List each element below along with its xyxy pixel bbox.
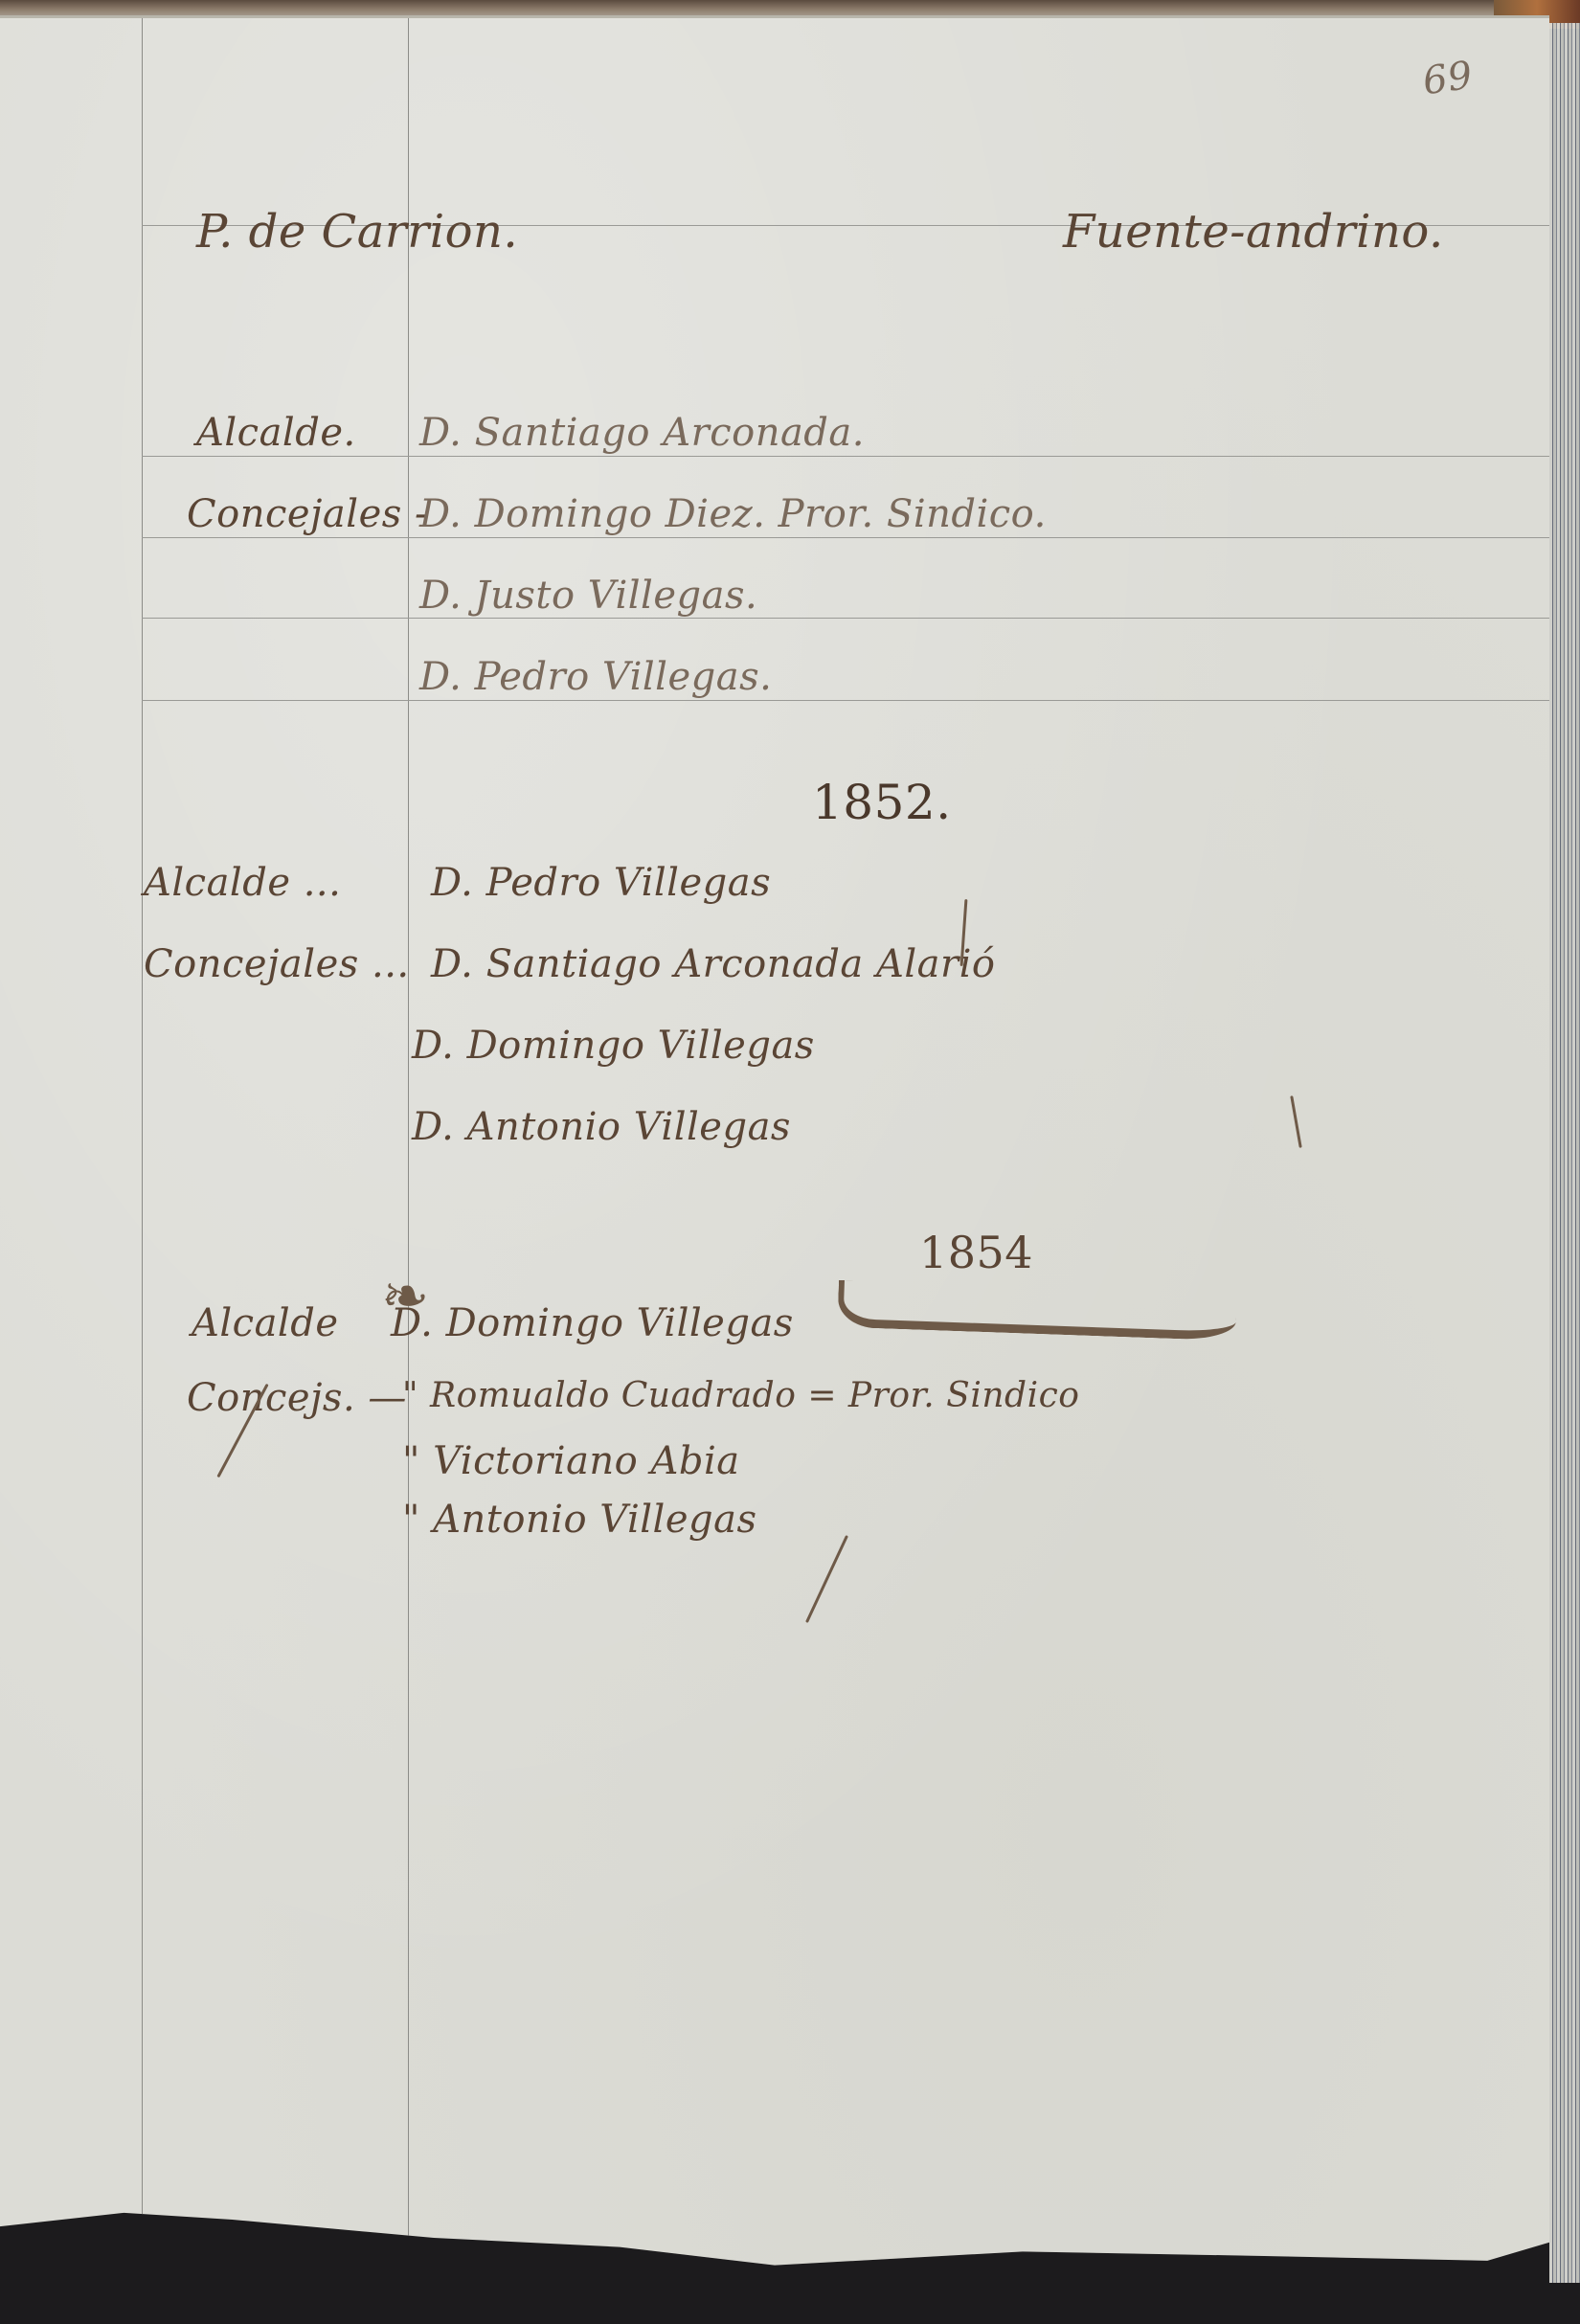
page-number: 69 [1420,54,1476,104]
year-underline-flourish [837,1280,1236,1341]
entry-name: " Antonio Villegas [402,1498,756,1542]
entry-label: Concejales ... [144,942,410,986]
register-page: 69 P. de Carrion. Fuente-andrino. Alcald… [0,15,1549,2297]
entry-label: Alcalde. [196,411,356,455]
entry-name: D. Domingo Villegas [391,1301,794,1345]
entry-name: D. Santiago Arconada. [419,411,865,455]
page-stack-edge [1549,23,1580,2283]
entry-name: " Victoriano Abia [402,1439,740,1483]
entry-name: D. Justo Villegas. [419,574,757,618]
ink-stroke [805,1535,848,1623]
margin-rule [142,18,143,2297]
ruled-line [142,700,1549,701]
header-town: Fuente-andrino. [1063,205,1444,259]
ruled-line [142,456,1549,457]
entry-label: Concejs. — [187,1376,407,1420]
entry-label: Concejales - [187,492,428,536]
section-year: 1852. [812,775,952,830]
entry-name: D. Antonio Villegas [412,1105,791,1149]
ink-stroke [1290,1095,1302,1148]
ruled-line [142,618,1549,619]
column-rule [408,18,409,2297]
section-year: 1854 [919,1227,1033,1278]
entry-name: D. Pedro Villegas. [419,655,772,699]
entry-name: D. Pedro Villegas [431,861,771,905]
entry-name: D. Domingo Diez. Pror. Sindico. [419,492,1047,536]
entry-name: D. Santiago Arconada Alarió [431,942,996,986]
entry-name: " Romualdo Cuadrado = Pror. Sindico [402,1376,1079,1415]
entry-label: Alcalde [192,1301,339,1345]
entry-name: D. Domingo Villegas [412,1024,815,1068]
entry-label: Alcalde ... [144,861,341,905]
ruled-line [142,537,1549,538]
header-district: P. de Carrion. [196,205,518,259]
